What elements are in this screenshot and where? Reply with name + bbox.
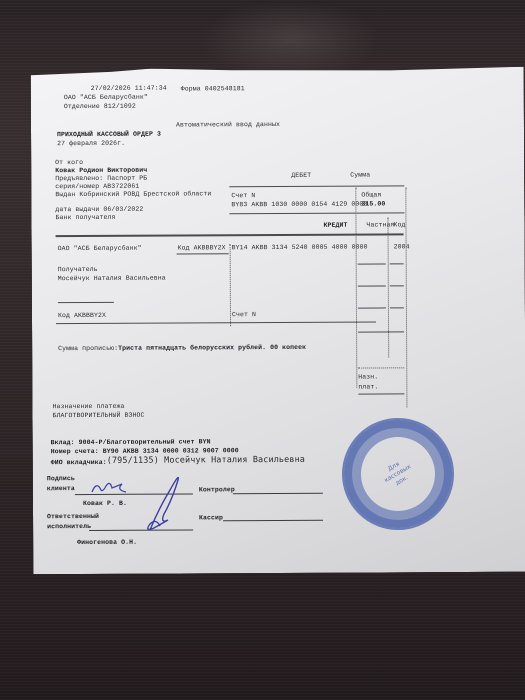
bank-stamp: Для кассовых док. [342,418,454,530]
